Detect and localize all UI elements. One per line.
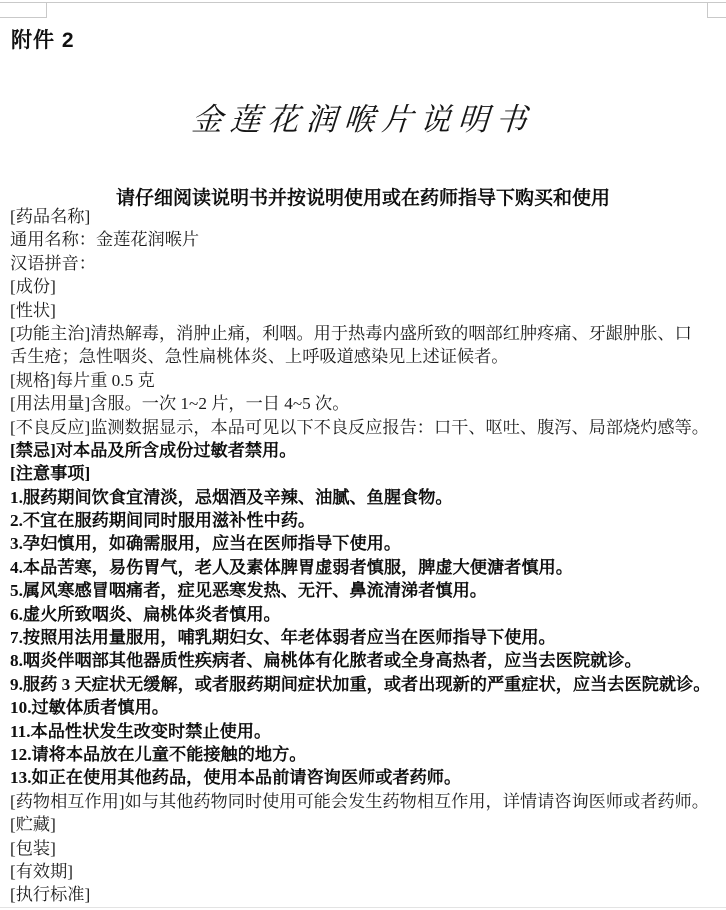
document-body-line: [规格]每片重 0.5 克 xyxy=(10,369,722,392)
table-top-border xyxy=(0,2,726,3)
document-title: 金莲花润喉片说明书 xyxy=(0,94,726,139)
document-body-line: [执行标准] xyxy=(10,883,722,906)
document-body-line: [不良反应]监测数据显示，本品可见以下不良反应报告：口干、呕吐、腹泻、局部烧灼感… xyxy=(10,416,722,439)
document-body: [药品名称]通用名称：金莲花润喉片汉语拼音：[成份][性状][功能主治]清热解毒… xyxy=(10,205,722,907)
document-body-line: [药物相互作用]如与其他药物同时使用可能会发生药物相互作用，详情请咨询医师或者药… xyxy=(10,790,722,813)
document-body-line: 舌生疮；急性咽炎、急性扁桃体炎、上呼吸道感染见上述证候者。 xyxy=(10,345,722,368)
document-body-line: 10.过敏体质者慎用。 xyxy=(10,696,722,719)
attachment-label: 附件 2 xyxy=(11,24,75,54)
table-corner-cell-right xyxy=(707,2,726,18)
document-body-line: [包装] xyxy=(10,837,722,860)
document-body-line: [用法用量]含服。一次 1~2 片，一日 4~5 次。 xyxy=(10,392,722,415)
document-body-line: 12.请将本品放在儿童不能接触的地方。 xyxy=(10,743,722,766)
document-body-line: 4.本品苦寒，易伤胃气，老人及素体脾胃虚弱者慎服，脾虚大便溏者慎用。 xyxy=(10,556,722,579)
document-body-line: 7.按照用法用量服用，哺乳期妇女、年老体弱者应当在医师指导下使用。 xyxy=(10,626,722,649)
document-body-line: 汉语拼音： xyxy=(10,252,722,275)
document-body-line: 1.服药期间饮食宜清淡，忌烟酒及辛辣、油腻、鱼腥食物。 xyxy=(10,486,722,509)
document-body-line: 2.不宜在服药期间同时服用滋补性中药。 xyxy=(10,509,722,532)
document-body-line: 8.咽炎伴咽部其他器质性疾病者、扁桃体有化脓者或全身高热者，应当去医院就诊。 xyxy=(10,649,722,672)
table-corner-cell-left xyxy=(0,2,47,18)
page-bottom-border xyxy=(0,907,726,908)
document-body-line: 13.如正在使用其他药品，使用本品前请咨询医师或者药师。 xyxy=(10,766,722,789)
document-body-line: [禁忌]对本品及所含成份过敏者禁用。 xyxy=(10,439,722,462)
document-body-line: [注意事项] xyxy=(10,462,722,485)
document-body-line: [成份] xyxy=(10,275,722,298)
document-body-line: [有效期] xyxy=(10,860,722,883)
document-body-line: 5.属风寒感冒咽痛者，症见恶寒发热、无汗、鼻流清涕者慎用。 xyxy=(10,579,722,602)
document-body-line: 6.虚火所致咽炎、扁桃体炎者慎用。 xyxy=(10,603,722,626)
document-body-line: 9.服药 3 天症状无缓解，或者服药期间症状加重，或者出现新的严重症状，应当去医… xyxy=(10,673,722,696)
document-body-line: [贮藏] xyxy=(10,813,722,836)
document-page: 附件 2 金莲花润喉片说明书 请仔细阅读说明书并按说明使用或在药师指导下购买和使… xyxy=(0,0,726,910)
document-body-line: [药品名称] xyxy=(10,205,722,228)
document-body-line: [功能主治]清热解毒，消肿止痛，利咽。用于热毒内盛所致的咽部红肿疼痛、牙龈肿胀、… xyxy=(10,322,722,345)
document-body-line: 通用名称：金莲花润喉片 xyxy=(10,228,722,251)
document-body-line: [性状] xyxy=(10,299,722,322)
document-body-line: 11.本品性状发生改变时禁止使用。 xyxy=(10,720,722,743)
document-body-line: 3.孕妇慎用，如确需服用，应当在医师指导下使用。 xyxy=(10,532,722,555)
